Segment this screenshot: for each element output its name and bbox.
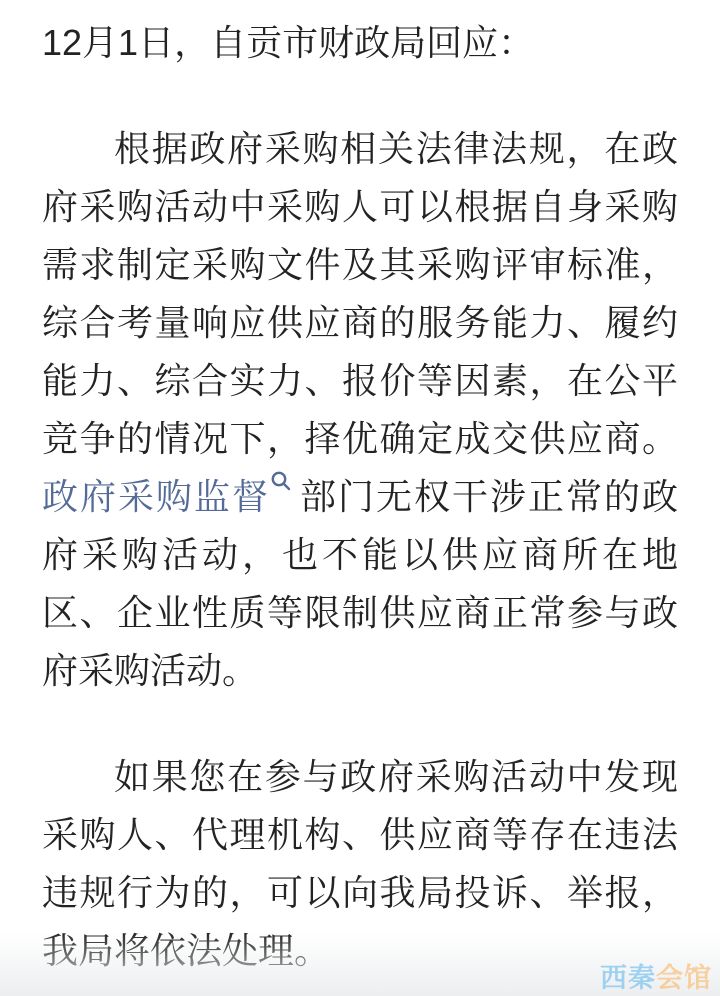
paragraph-complaint: 如果您在参与政府采购活动中发现采购人、代理机构、供应商等存在违法违规行为的，可以… xyxy=(42,748,678,980)
watermark: 西秦会馆 xyxy=(600,962,712,994)
article-body: 12月1日，自贡市财政局回应： 根据政府采购相关法律法规，在政府采购活动中采购人… xyxy=(0,0,720,980)
intro-line: 12月1日，自贡市财政局回应： xyxy=(42,14,678,72)
paragraph-policy: 根据政府采购相关法律法规，在政府采购活动中采购人可以根据自身采购需求制定采购文件… xyxy=(42,120,678,700)
paragraph-policy-text-before-link: 根据政府采购相关法律法规，在政府采购活动中采购人可以根据自身采购需求制定采购文件… xyxy=(42,128,678,459)
watermark-text-right: 会馆 xyxy=(656,963,712,993)
inline-search-link[interactable]: 政府采购监督 xyxy=(42,476,298,517)
search-icon[interactable] xyxy=(270,470,298,494)
article-page: { "page": { "background": "#ffffff", "te… xyxy=(0,0,720,996)
inline-search-link-text: 政府采购监督 xyxy=(42,476,270,517)
watermark-text-left: 西秦 xyxy=(600,963,656,993)
